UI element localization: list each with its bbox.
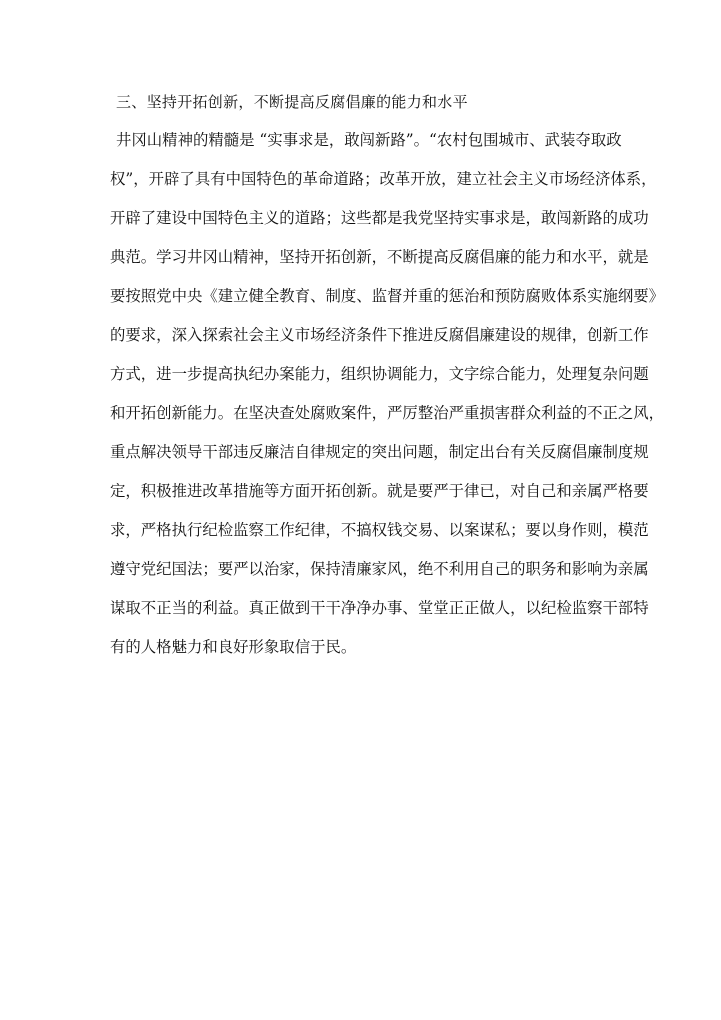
paragraph-line: 要按照党中央《建立健全教育、制度、监督并重的惩治和预防腐败体系实施纲要》 xyxy=(110,286,612,306)
section-heading: 三、坚持开拓创新，不断提高反腐倡廉的能力和水平 xyxy=(116,92,468,112)
document-page: 三、坚持开拓创新，不断提高反腐倡廉的能力和水平 井冈山精神的精髓是 “实事求是，… xyxy=(0,0,721,1020)
paragraph-line: 重点解决领导干部违反廉洁自律规定的突出问题，制定出台有关反腐倡廉制度规 xyxy=(110,442,612,462)
paragraph-line: 方式，进一步提高执纪办案能力，组织协调能力，文字综合能力，处理复杂问题 xyxy=(110,364,612,384)
paragraph-line: 井冈山精神的精髓是 “实事求是，敢闯新路”。“农村包围城市、武装夺取政 xyxy=(116,130,612,150)
paragraph-line: 有的人格魅力和良好形象取信于民。 xyxy=(110,637,612,657)
paragraph-line: 谋取不正当的利益。真正做到干干净净办事、堂堂正正做人，以纪检监察干部特 xyxy=(110,598,612,618)
paragraph-line: 的要求，深入探索社会主义市场经济条件下推进反腐倡廉建设的规律，创新工作 xyxy=(110,325,612,345)
paragraph-line: 定，积极推进改革措施等方面开拓创新。就是要严于律已，对自己和亲属严格要 xyxy=(110,481,612,501)
paragraph-line: 求，严格执行纪检监察工作纪律，不搞权钱交易、以案谋私；要以身作则，模范 xyxy=(110,520,612,540)
paragraph-line: 和开拓创新能力。在坚决查处腐败案件，严厉整治严重损害群众利益的不正之风， xyxy=(110,403,612,423)
paragraph-line: 开辟了建设中国特色主义的道路；这些都是我党坚持实事求是，敢闯新路的成功 xyxy=(110,208,612,228)
paragraph-line: 遵守党纪国法；要严以治家，保持清廉家风，绝不利用自己的职务和影响为亲属 xyxy=(110,559,612,579)
paragraph-line: 权”，开辟了具有中国特色的革命道路；改革开放，建立社会主义市场经济体系， xyxy=(110,169,612,189)
paragraph-line: 典范。学习井冈山精神，坚持开拓创新，不断提高反腐倡廉的能力和水平，就是 xyxy=(110,247,612,267)
